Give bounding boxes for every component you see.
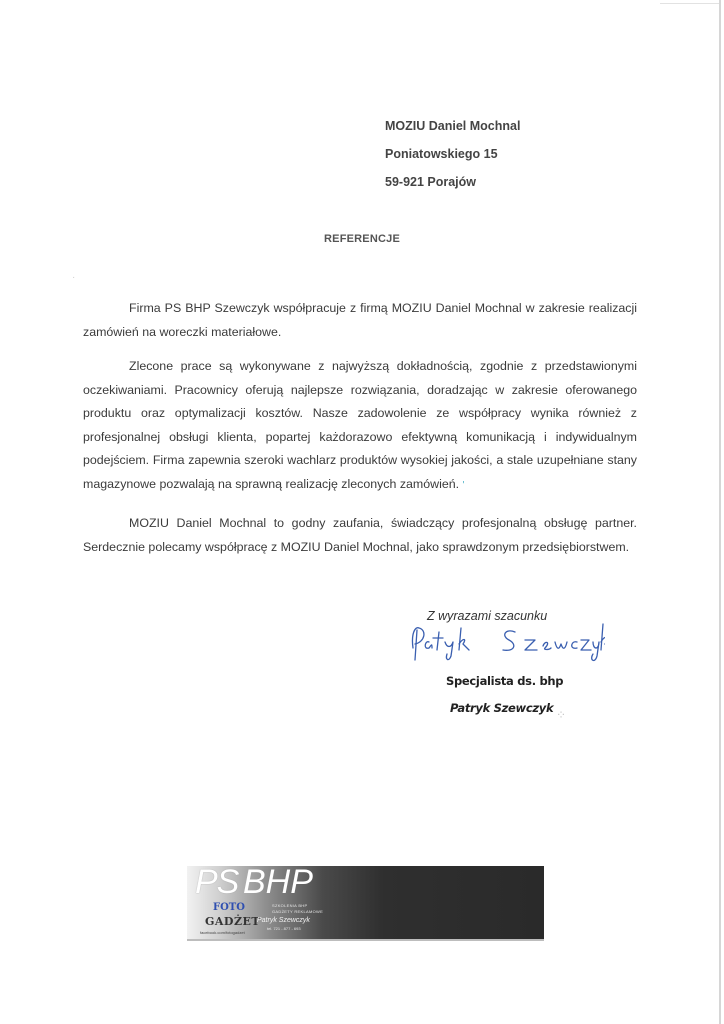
scan-speck: ⁘ (556, 708, 566, 722)
handwritten-signature (405, 620, 605, 670)
paragraph-3: MOZIU Daniel Mochnal to godny zaufania, … (83, 512, 637, 559)
stray-ink-mark: ' (463, 480, 465, 491)
banner-gadzet: GADŻET (205, 915, 260, 928)
recipient-name: MOZIU Daniel Mochnal (385, 117, 520, 145)
banner-phone: tel. 721 - 877 - 693 (267, 926, 301, 931)
recipient-street: Poniatowskiego 15 (385, 145, 520, 173)
paragraph-3-text: MOZIU Daniel Mochnal to godny zaufania, … (83, 516, 637, 554)
banner-facebook: facebook.com/fotogadzet (200, 930, 245, 935)
paragraph-2-text: Zlecone prace są wykonywane z najwyższą … (83, 359, 637, 491)
document-title: REFERENCJE (0, 233, 724, 245)
banner-brand-bhp: BHP (243, 866, 313, 902)
company-footer-banner: PS BHP FOTO GADŻET facebook.com/fotogadz… (187, 866, 544, 941)
paragraph-1: Firma PS BHP Szewczyk współpracuje z fir… (83, 297, 637, 344)
scan-top-edge (660, 3, 720, 4)
paragraph-1-text: Firma PS BHP Szewczyk współpracuje z fir… (83, 301, 637, 339)
banner-brand-ps: PS (195, 866, 238, 902)
scan-page-edge (719, 0, 721, 1024)
scan-speck: · (72, 272, 75, 283)
banner-person: Patryk Szewczyk (257, 917, 310, 924)
signatory-name: Patryk Szewczyk (450, 701, 553, 715)
recipient-address: MOZIU Daniel Mochnal Poniatowskiego 15 5… (385, 117, 520, 201)
banner-tagline-1: SZKOLENIA BHP (272, 903, 307, 908)
banner-tagline-2: GADŻETY REKLAMOWE (272, 909, 323, 914)
recipient-city: 59-921 Porajów (385, 173, 520, 201)
banner-foto: FOTO (213, 902, 245, 913)
paragraph-2: Zlecone prace są wykonywane z najwyższą … (83, 355, 637, 498)
signatory-role: Specjalista ds. bhp (446, 674, 563, 688)
